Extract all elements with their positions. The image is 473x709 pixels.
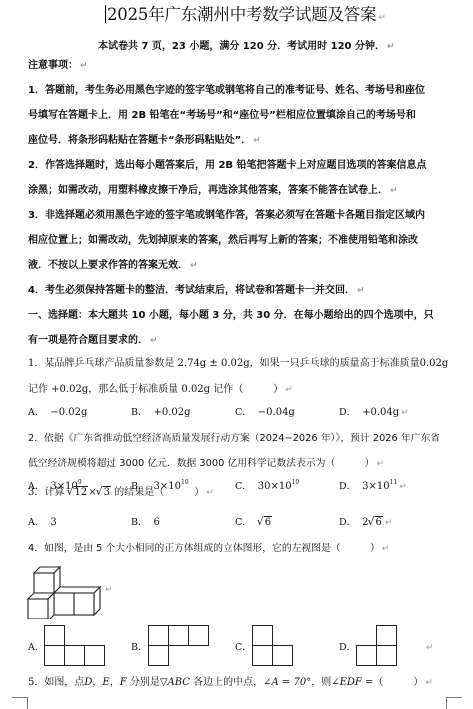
- q5-text: ，则: [311, 677, 331, 688]
- radicand: 3: [103, 486, 111, 498]
- sqrt-3: 3: [97, 486, 111, 500]
- question-2-line-1: 2．依据《广东省推动低空经济高质量发展行动方案（2024−2026 年）》，预计…: [28, 432, 440, 446]
- option-b-view-shape[interactable]: [148, 625, 214, 669]
- sqrt-12: 12: [68, 486, 89, 500]
- option-label: D．: [339, 642, 356, 653]
- option-label: C．: [235, 481, 252, 492]
- question-5-line: 5．如图，点D，E，F 分别是▽ABC 各边上的中点，∠A = 70°，则∠ED…: [28, 676, 433, 690]
- radicand: 6: [264, 516, 272, 528]
- radicand: 12: [74, 486, 89, 498]
- paragraph-mark-icon: ↵: [385, 518, 393, 528]
- notice-heading: 注意事项：↵: [28, 59, 88, 73]
- option-base: 30×10: [258, 481, 292, 492]
- option-exponent: 10: [292, 479, 300, 486]
- section-heading-line-2-text: 有一项是符合题目要求的．: [28, 335, 148, 346]
- notice-3-line-1: 3．非选择题必须用黑色字迹的签字笔或钢笔作答，答案必须写在答题卡各题目指定区域内: [28, 209, 425, 223]
- q5-text: 分别是: [127, 677, 160, 688]
- option-exponent: 9: [78, 479, 82, 486]
- notice-4-line-1: 4．考生必须保持答题卡的整洁．考试结束后，将试卷和答题卡一并交回．↵: [28, 284, 365, 298]
- cube-figure: [26, 563, 106, 619]
- option-label: C．: [235, 517, 252, 528]
- option-exponent: 11: [390, 479, 398, 486]
- option-d-view-shape[interactable]: [356, 625, 402, 669]
- notice-2-line-2-text: 涂黑；如需改动，用塑料橡皮擦干净后，再选涂其他答案，答案不能答在试卷上．: [28, 185, 388, 196]
- option-label: A．: [28, 407, 44, 418]
- question-3-option-b[interactable]: B．6: [131, 516, 160, 530]
- notice-1-line-2: 号填写在答题卡上．用 2B 铅笔在“考场号”和“座位号”栏相应位置填涂自己的考场…: [28, 109, 416, 123]
- separator: ，: [92, 677, 102, 688]
- question-1-option-a[interactable]: A．−0.02g: [28, 406, 87, 420]
- question-2-line-2: 低空经济规模将超过 3000 亿元．数据 3000 亿用科学记数法表示为（ ）↵: [28, 457, 384, 471]
- option-base: 3×10: [362, 481, 389, 492]
- option-exponent: 10: [181, 479, 189, 486]
- option-value: 3: [50, 517, 56, 528]
- paragraph-mark-icon: ↵: [376, 459, 384, 469]
- title-text: 2025年广东潮州中考数学试题及答案: [107, 5, 376, 24]
- exam-info: 本试卷共 7 页，23 小题，满分 120 分．考试用时 120 分钟．↵: [98, 37, 395, 52]
- paragraph-mark-icon: ↵: [357, 286, 365, 296]
- paragraph-mark-icon: ↵: [426, 643, 434, 653]
- option-a-view-shape[interactable]: [44, 625, 110, 669]
- point-e: E: [102, 677, 109, 688]
- question-4-line: 4．如图，是由 5 个大小相同的正方体组成的立体图形，它的左视图是（ ）↵: [28, 542, 389, 556]
- question-4-text: 4．如图，是由 5 个大小相同的正方体组成的立体图形，它的左视图是（ ）: [28, 543, 380, 554]
- notice-1-line-3: 座位号．将条形码粘贴在答题卡“条形码粘贴处”．↵: [28, 134, 261, 148]
- question-3-option-c[interactable]: C．6: [235, 516, 272, 530]
- notice-3-line-3-text: 液．不按以上要求作答的答案无效．: [28, 260, 188, 271]
- question-2-option-d[interactable]: D．3×1011↵: [339, 480, 407, 494]
- paragraph-mark-icon: ↵: [387, 42, 395, 52]
- option-label: D．: [339, 407, 356, 418]
- question-3-prefix: 3．计算: [28, 487, 68, 498]
- section-heading-line-1: 一、选择题：本大题共 10 小题，每小题 3 分，共 30 分．在每小题给出的四…: [28, 309, 434, 323]
- notice-1-line-3-text: 座位号．将条形码粘贴在答题卡“条形码粘贴处”．: [28, 135, 251, 146]
- separator: ，: [110, 677, 120, 688]
- option-value: −0.04g: [258, 407, 295, 418]
- question-2-line-2-text: 低空经济规模将超过 3000 亿元．数据 3000 亿用科学记数法表示为（ ）: [28, 458, 374, 469]
- question-1-option-c[interactable]: C．−0.04g: [235, 406, 295, 420]
- option-value: 6: [153, 517, 159, 528]
- question-1-option-d[interactable]: D．+0.04g↵: [339, 406, 409, 420]
- paragraph-mark-icon: ↵: [401, 408, 409, 418]
- paragraph-mark-icon: ↵: [105, 585, 113, 595]
- page-corner-mark-right: [446, 697, 462, 709]
- option-c-view-shape[interactable]: [252, 625, 298, 669]
- question-1-line-2: 记作 +0.02g，那么低于标准质量 0.02g 记作（ ）↵: [28, 383, 293, 397]
- radicand: 6: [375, 516, 383, 528]
- angle-edf: ∠EDF =: [331, 677, 373, 688]
- notice-3-line-2: 相应位置上；如需改动，先划掉原来的答案，然后再写上新的答案；不准使用铅笔和涂改: [28, 234, 418, 248]
- q5-text: 5．如图，点: [28, 677, 84, 688]
- paragraph-mark-icon: ↵: [382, 544, 390, 554]
- notice-3-line-3: 液．不按以上要求作答的答案无效．↵: [28, 259, 198, 273]
- option-label: C．: [235, 642, 252, 653]
- paragraph-mark-icon: ↵: [285, 385, 293, 395]
- sqrt-6: 6: [258, 516, 272, 530]
- option-value: +0.02g: [153, 407, 190, 418]
- option-label: A．: [28, 642, 44, 653]
- paragraph-mark-icon: ↵: [80, 61, 88, 71]
- question-2-option-c[interactable]: C．30×1010: [235, 480, 299, 494]
- paragraph-mark-icon: ↵: [378, 13, 385, 23]
- page-corner-mark-left: [12, 697, 28, 709]
- option-label: B．: [131, 407, 147, 418]
- question-3-option-a[interactable]: A．3: [28, 516, 57, 530]
- q3-row: 3．计算 12×3 的结果是（ ）↵: [28, 486, 214, 500]
- option-label: A．: [28, 517, 44, 528]
- exam-info-text: 本试卷共 7 页，23 小题，满分 120 分．考试用时 120 分钟．: [98, 41, 385, 52]
- q5-text: （ ）: [373, 677, 423, 688]
- option-value: +0.04g: [362, 407, 399, 418]
- option-label: B．: [131, 642, 147, 653]
- question-1-option-b[interactable]: B．+0.02g: [131, 406, 191, 420]
- sqrt-6: 6: [369, 516, 383, 530]
- option-label: D．: [339, 481, 356, 492]
- option-label: B．: [131, 517, 147, 528]
- angle-a: ∠A = 70°: [263, 677, 311, 688]
- paragraph-mark-icon: ↵: [206, 488, 214, 498]
- section-heading-line-2: 有一项是符合题目要求的．↵: [28, 334, 158, 348]
- document-page: 2025年广东潮州中考数学试题及答案↵ 本试卷共 7 页，23 小题，满分 12…: [0, 0, 473, 709]
- paragraph-mark-icon: ↵: [253, 136, 261, 146]
- point-f: F: [120, 677, 127, 688]
- text-cursor: [105, 5, 106, 23]
- notice-4-text: 4．考生必须保持答题卡的整洁．考试结束后，将试卷和答题卡一并交回．: [28, 285, 355, 296]
- question-1-line-2-text: 记作 +0.02g，那么低于标准质量 0.02g 记作（ ）: [28, 384, 283, 395]
- notice-heading-text: 注意事项：: [28, 60, 78, 71]
- paragraph-mark-icon: ↵: [190, 261, 198, 271]
- question-1-line-1: 1．某品牌乒乓球产品质量参数是 2.74g ± 0.02g，如果一只乒乓球的质量…: [28, 357, 448, 371]
- question-3-option-d[interactable]: D．26↵: [339, 516, 392, 530]
- document-title[interactable]: 2025年广东潮州中考数学试题及答案↵: [105, 4, 386, 29]
- notice-1-line-1: 1．答题前，考生务必用黑色字迹的签字笔或钢笔将自己的准考证号、姓名、考场号和座位: [28, 84, 425, 98]
- paragraph-mark-icon: ↵: [150, 336, 158, 346]
- option-label: C．: [235, 407, 252, 418]
- paragraph-mark-icon: ↵: [390, 186, 398, 196]
- question-3-suffix: 的结果是（ ）: [111, 487, 204, 498]
- paragraph-mark-icon: ↵: [399, 482, 407, 492]
- option-value: −0.02g: [50, 407, 87, 418]
- option-label: D．: [339, 517, 356, 528]
- q5-text: 各边上的中点，: [190, 677, 263, 688]
- triangle-abc: ▽ABC: [160, 677, 190, 688]
- paragraph-mark-icon: ↵: [425, 678, 433, 688]
- notice-2-line-2: 涂黑；如需改动，用塑料橡皮擦干净后，再选涂其他答案，答案不能答在试卷上．↵: [28, 184, 398, 198]
- notice-2-line-1: 2．作答选择题时，选出每小题答案后，用 2B 铅笔把答题卡上对应题目选项的答案信…: [28, 159, 427, 173]
